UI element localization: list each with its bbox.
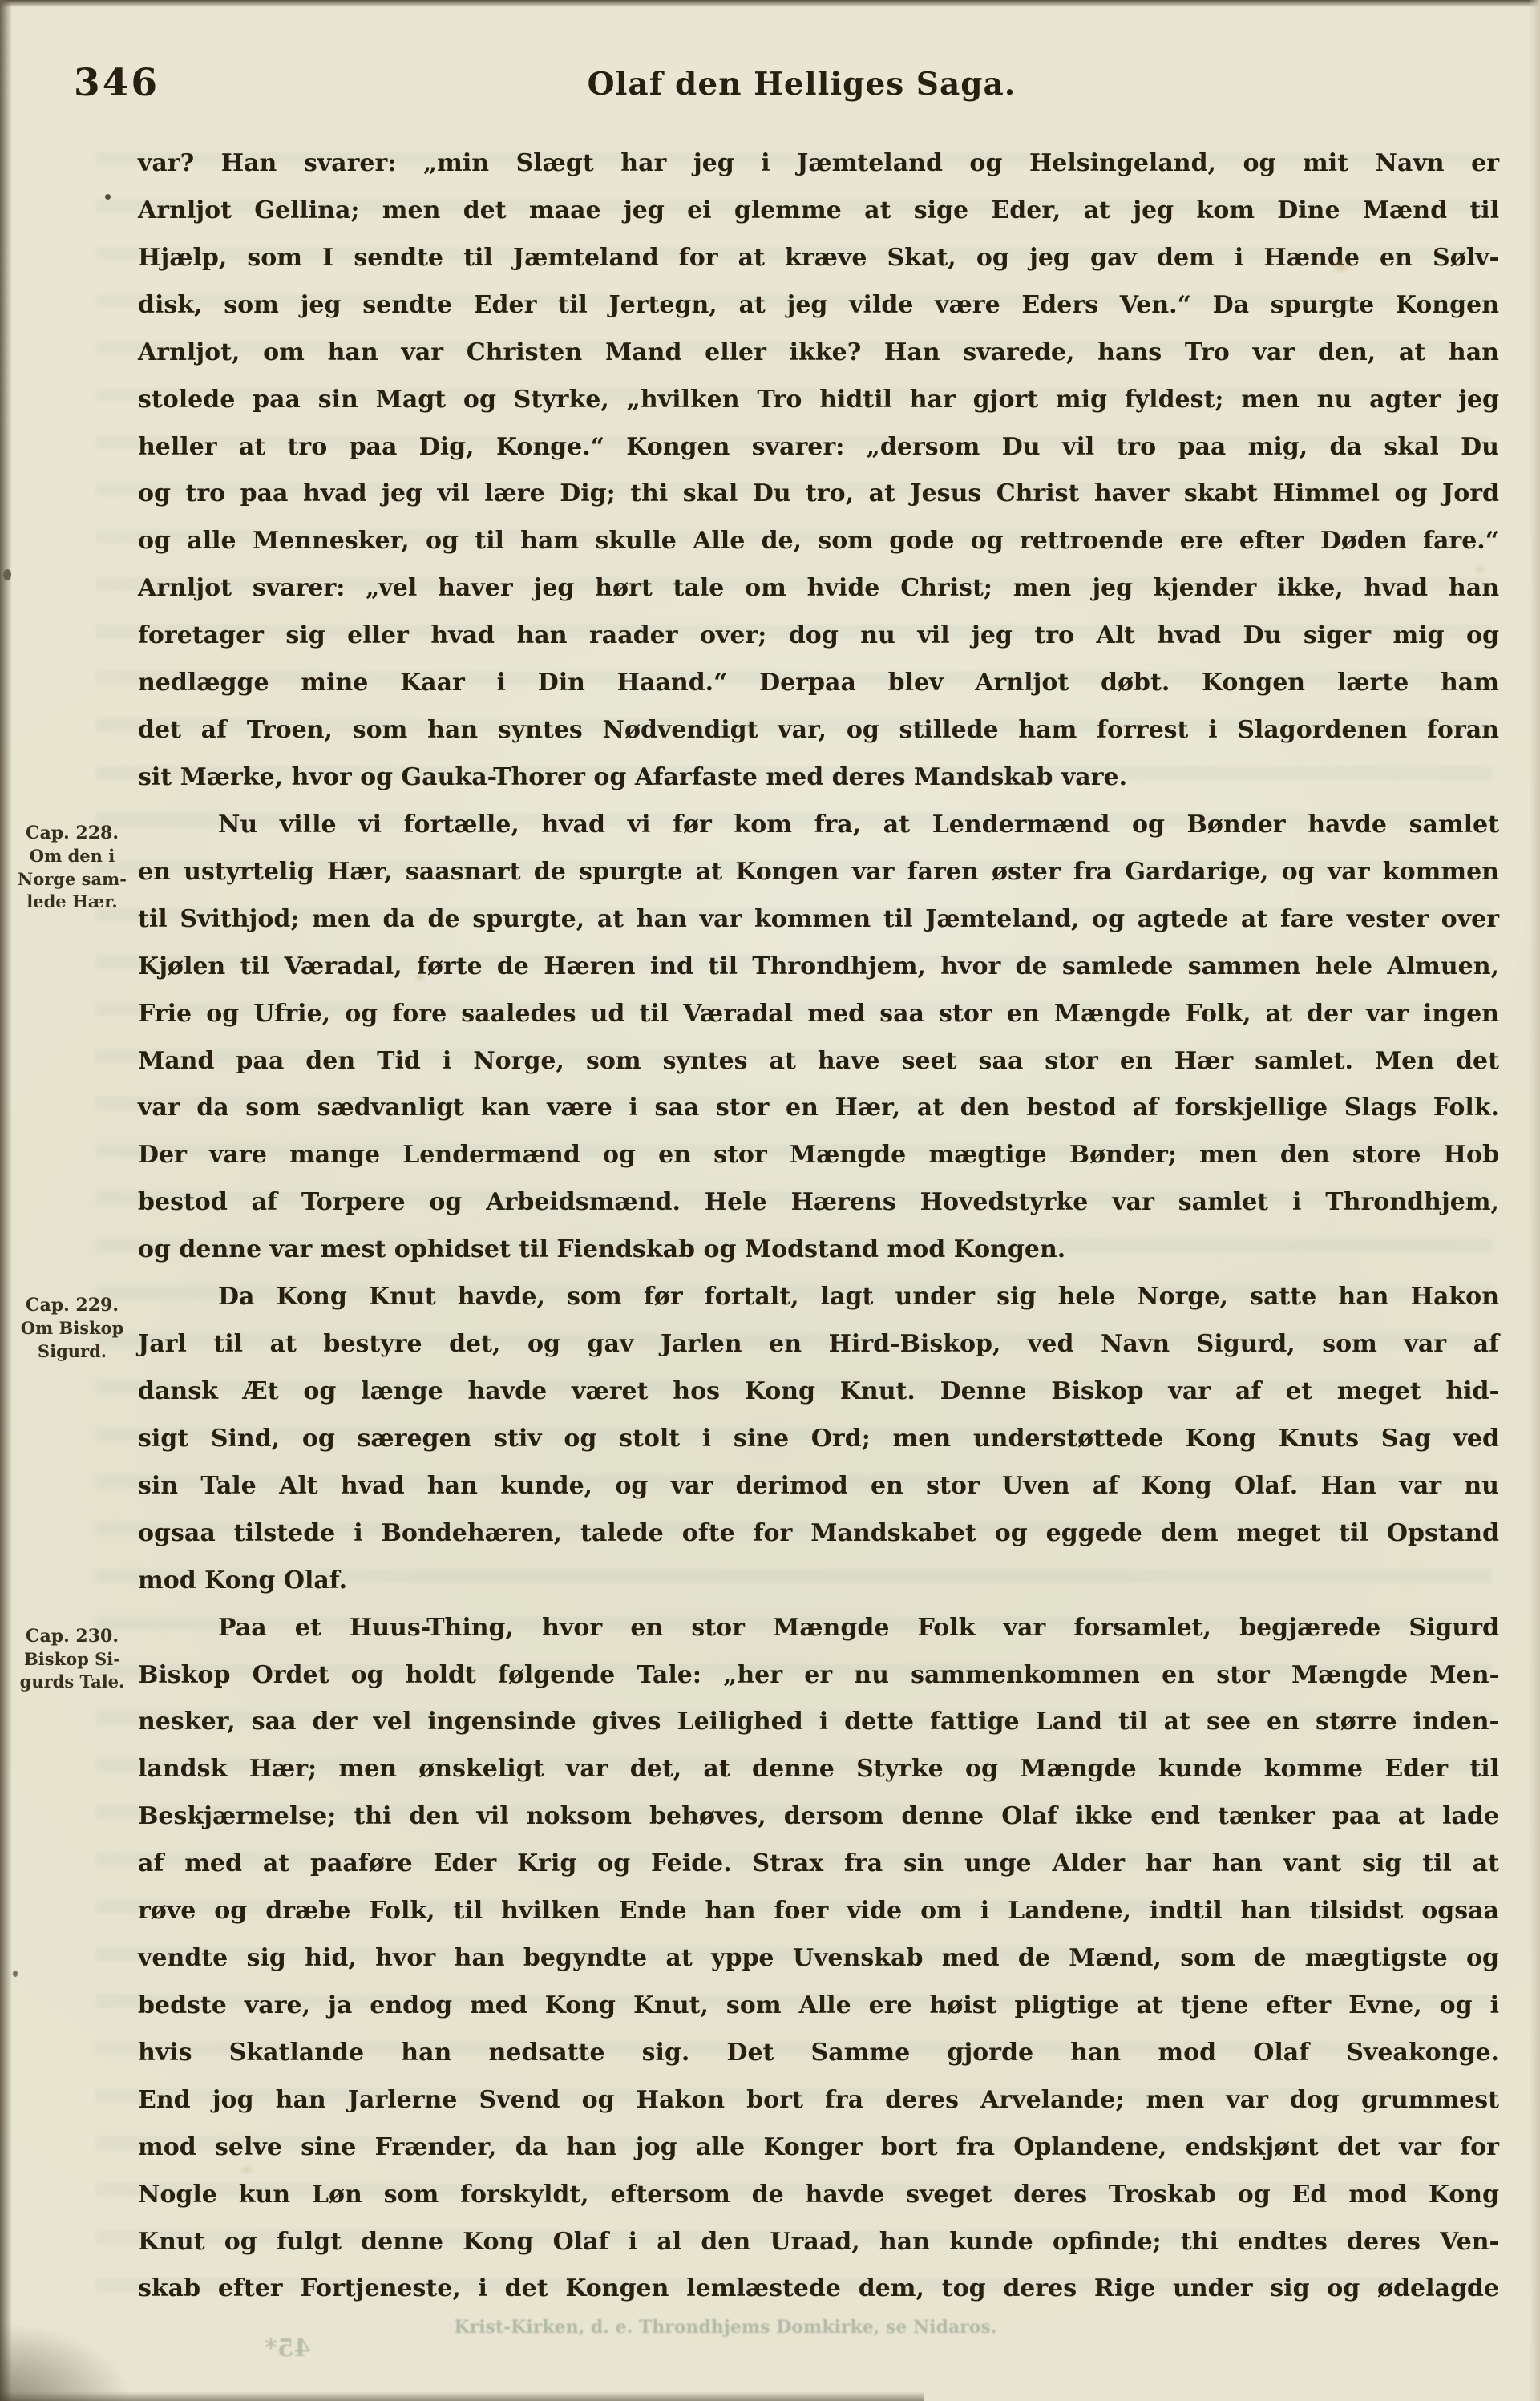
text-line: Beskjærmelse; thi den vil noksom behøves…	[138, 1793, 1499, 1841]
margin-note: Cap. 230.Biskop Si-gurds Tale.	[8, 1624, 136, 1694]
margin-note-line: Om den i	[8, 845, 136, 868]
ink-speck	[3, 569, 11, 580]
page-edge-shadow-bottom	[0, 2391, 924, 2401]
text-line: Da Kong Knut havde, som før fortalt, lag…	[138, 1274, 1499, 1321]
text-line: Biskop Ordet og holdt følgende Tale: „he…	[138, 1652, 1499, 1700]
text-line: sigt Sind, og særegen stiv og stolt i si…	[138, 1416, 1499, 1463]
margin-note-line: Biskop Si-	[8, 1648, 136, 1671]
margin-note-line: Norge sam-	[8, 868, 136, 891]
signature-mark-ghost: 45*	[265, 2334, 310, 2363]
text-line: sin Tale Alt hvad han kunde, og var deri…	[138, 1463, 1499, 1510]
text-line: Frie og Ufrie, og fore saaledes ud til V…	[138, 991, 1499, 1038]
text-line: Hjælp, som I sendte til Jæmteland for at…	[138, 235, 1499, 282]
text-line: heller at tro paa Dig, Konge.“ Kongen sv…	[138, 424, 1499, 471]
text-line: røve og dræbe Folk, til hvilken Ende han…	[138, 1888, 1499, 1935]
ink-speck	[105, 194, 111, 200]
text-line: hvis Skatlande han nedsatte sig. Det Sam…	[138, 2030, 1499, 2077]
text-line: Nogle kun Løn som forskyldt, eftersom de…	[138, 2172, 1499, 2219]
text-line: nesker, saa der vel ingensinde gives Lei…	[138, 1699, 1499, 1746]
text-line: Knut og fulgt denne Kong Olaf i al den U…	[138, 2219, 1499, 2266]
text-line: mod Kong Olaf.	[138, 1558, 1499, 1605]
margin-note-cap: Cap. 229.	[8, 1293, 136, 1317]
text-line: og denne var mest ophidset til Fiendskab…	[138, 1227, 1499, 1274]
margin-note-line: gurds Tale.	[8, 1671, 136, 1694]
text-line: dansk Æt og længe havde været hos Kong K…	[138, 1368, 1499, 1416]
page-edge-shadow-right	[1529, 0, 1540, 2401]
text-line: Jarl til at bestyre det, og gav Jarlen e…	[138, 1321, 1499, 1368]
text-line: Mand paa den Tid i Norge, som syntes at …	[138, 1038, 1499, 1085]
text-line: stolede paa sin Magt og Styrke, „hvilken…	[138, 377, 1499, 424]
margin-note-line: Sigurd.	[8, 1340, 136, 1364]
text-line: skab efter Fortjeneste, i det Kongen lem…	[138, 2266, 1499, 2313]
margin-notes: Cap. 228.Om den iNorge sam-lede Hær.Cap.…	[0, 0, 138, 2401]
margin-note-line: Om Biskop	[8, 1317, 136, 1340]
text-line: Nu ville vi fortælle, hvad vi før kom fr…	[138, 802, 1499, 849]
text-line: en ustyrtelig Hær, saasnart de spurgte a…	[138, 849, 1499, 896]
text-line: bestod af Torpere og Arbeidsmænd. Hele H…	[138, 1179, 1499, 1227]
text-line: var da som sædvanligt kan være i saa sto…	[138, 1085, 1499, 1132]
margin-note-cap: Cap. 230.	[8, 1624, 136, 1648]
ink-speck	[13, 1971, 18, 1977]
text-line: Paa et Huus-Thing, hvor en stor Mængde F…	[138, 1605, 1499, 1652]
text-line: sit Mærke, hvor og Gauka-Thorer og Afarf…	[138, 754, 1499, 802]
text-line: var? Han svarer: „min Slægt har jeg i Jæ…	[138, 140, 1499, 188]
running-title: Olaf den Helliges Saga.	[321, 66, 1283, 103]
margin-note-line: lede Hær.	[8, 891, 136, 914]
text-line: til Svithjod; men da de spurgte, at han …	[138, 896, 1499, 944]
text-line: det af Troen, som han syntes Nødvendigt …	[138, 707, 1499, 754]
text-line: Arnljot svarer: „vel haver jeg hørt tale…	[138, 565, 1499, 612]
book-page: 346 Olaf den Helliges Saga. Cap. 228.Om …	[0, 0, 1540, 2401]
text-line: og tro paa hvad jeg vil lære Dig; thi sk…	[138, 471, 1499, 518]
text-line: mod selve sine Frænder, da han jog alle …	[138, 2124, 1499, 2172]
text-line: foretager sig eller hvad han raader over…	[138, 612, 1499, 660]
text-line: Kjølen til Væradal, førte de Hæren ind t…	[138, 944, 1499, 991]
text-line: disk, som jeg sendte Eder til Jertegn, a…	[138, 282, 1499, 329]
text-line: Arnljot, om han var Christen Mand eller …	[138, 329, 1499, 377]
margin-note: Cap. 228.Om den iNorge sam-lede Hær.	[8, 821, 136, 914]
text-line: og alle Mennesker, og til ham skulle All…	[138, 518, 1499, 565]
margin-note-cap: Cap. 228.	[8, 821, 136, 845]
text-line: vendte sig hid, hvor han begyndte at ypp…	[138, 1935, 1499, 1983]
text-line: Der vare mange Lendermænd og en stor Mæn…	[138, 1132, 1499, 1179]
text-line: bedste vare, ja endog med Kong Knut, som…	[138, 1983, 1499, 2030]
bleedthrough-footnote: Krist-Kirken, d. e. Throndhjems Domkirke…	[204, 2317, 1247, 2338]
margin-note: Cap. 229.Om BiskopSigurd.	[8, 1293, 136, 1363]
text-line: ogsaa tilstede i Bondehæren, talede ofte…	[138, 1510, 1499, 1558]
text-line: af med at paaføre Eder Krig og Feide. St…	[138, 1841, 1499, 1888]
page-edge-shadow-top	[0, 0, 1540, 7]
text-line: nedlægge mine Kaar i Din Haand.“ Derpaa …	[138, 660, 1499, 707]
text-line: End jog han Jarlerne Svend og Hakon bort…	[138, 2077, 1499, 2124]
text-line: Arnljot Gellina; men det maae jeg ei gle…	[138, 188, 1499, 235]
text-line: landsk Hær; men ønskeligt var det, at de…	[138, 1746, 1499, 1793]
body-text: var? Han svarer: „min Slægt har jeg i Jæ…	[138, 140, 1499, 2313]
